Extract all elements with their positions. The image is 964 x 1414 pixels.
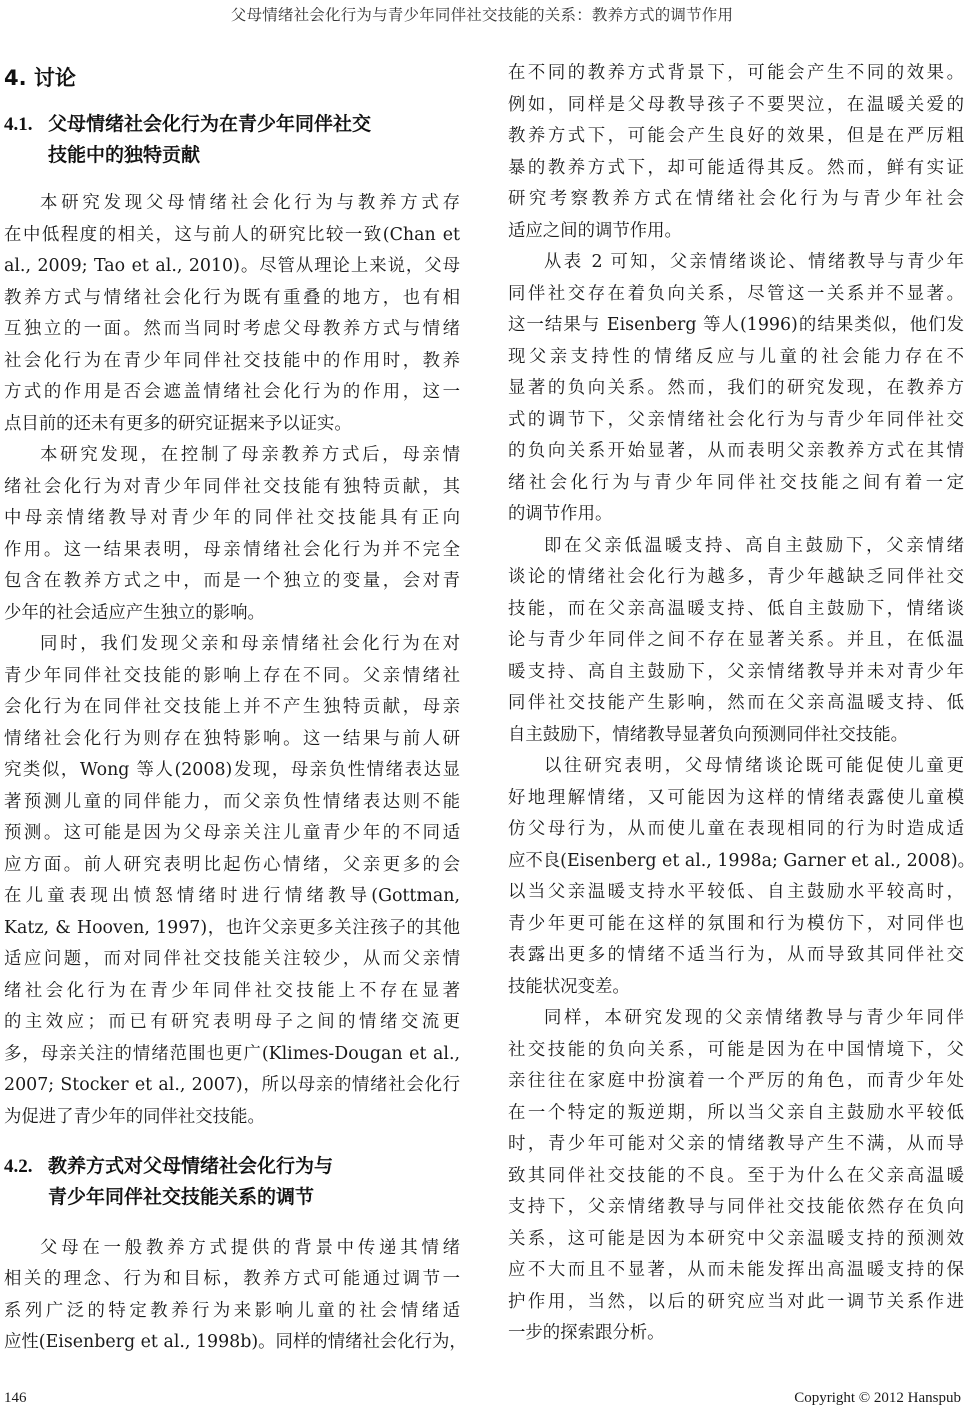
page-number: 146 <box>4 1390 27 1407</box>
text-line: 教养方式与情绪社会化行为既有重叠的地方，也有相 <box>4 287 460 309</box>
text-line: 同样，本研究发现的父亲情绪教导与青少年同伴 <box>508 1007 964 1029</box>
text-line: 适应之间的调节作用。 <box>508 220 964 242</box>
text-line: 关系，这可能是因为本研究中父亲温暖支持的预测效 <box>508 1228 964 1250</box>
text-line: 以往研究表明，父母情绪谈论既可能促使儿童更 <box>508 755 964 777</box>
text-line: 论与青少年同伴之间不存在显著关系。并且，在低温 <box>508 629 964 651</box>
text-line: 绪社会化行为与青少年同伴社交技能之间有着一定 <box>508 472 964 494</box>
text-line: 青少年同伴社交技能的影响上存在不同。父亲情绪社 <box>4 665 460 687</box>
text-line: 应方面。前人研究表明比起伤心情绪，父亲更多的会 <box>4 854 460 876</box>
text-line: 作用。这一结果表明，母亲情绪社会化行为并不完全 <box>4 539 460 561</box>
text-line: 适应问题，而对同伴社交技能关注较少，从而父亲情 <box>4 948 460 970</box>
text-line: 在不同的教养方式背景下，可能会产生不同的效果。 <box>508 62 964 84</box>
text-line: 表露出更多的情绪不适当行为，从而导致其同伴社交 <box>508 944 964 966</box>
text-line: 社会化行为在青少年同伴社交技能中的作用时，教养 <box>4 350 460 372</box>
subsection-title-line2: 技能中的独特贡献 <box>4 140 371 170</box>
subsection-number: 4.2. <box>4 1152 48 1182</box>
subsection-title-line2: 青少年同伴社交技能关系的调节 <box>4 1182 333 1212</box>
section-heading: 4. 讨论 <box>4 62 76 92</box>
text-line: 系列广泛的特定教养行为来影响儿童的社会情绪适 <box>4 1300 460 1322</box>
text-line: 少年的社会适应产生独立的影响。 <box>4 602 460 624</box>
text-line: 一步的探索跟分析。 <box>508 1322 964 1344</box>
text-line: 技能状况变差。 <box>508 976 964 998</box>
text-line: 多，母亲关注的情绪范围也更广(Klimes-Dougan et al., <box>4 1043 460 1065</box>
text-line: 包含在教养方式之中，而是一个独立的变量，会对青 <box>4 570 460 592</box>
text-line: 好地理解情绪，又可能因为这样的情绪表露使儿童模 <box>508 787 964 809</box>
text-line: 的负向关系开始显著，从而表明父亲教养方式在其情 <box>508 440 964 462</box>
text-line: 同伴社交存在着负向关系，尽管这一关系并不显著。 <box>508 283 964 305</box>
text-line: 会化行为在同伴社交技能上并不产生独特贡献，母亲 <box>4 696 460 718</box>
text-line: 自主鼓励下，情绪教导显著负向预测同伴社交技能。 <box>508 724 964 746</box>
text-line: 教养方式下，可能会产生良好的效果，但是在严厉粗 <box>508 125 964 147</box>
text-line: 的主效应；而已有研究表明母子之间的情绪交流更 <box>4 1011 460 1033</box>
text-line: 在一个特定的叛逆期，所以当父亲自主鼓励水平较低 <box>508 1102 964 1124</box>
text-line: 同伴社交技能产生影响，然而在父亲高温暖支持、低 <box>508 692 964 714</box>
text-line: 技能，而在父亲高温暖支持、低自主鼓励下，情绪谈 <box>508 598 964 620</box>
text-line: 绪社会化行为对青少年同伴社交技能有独特贡献，其 <box>4 476 460 498</box>
text-line: 从表 2 可知，父亲情绪谈论、情绪教导与青少年 <box>508 251 964 273</box>
text-line: 父母在一般教养方式提供的背景中传递其情绪 <box>4 1237 460 1259</box>
text-line: 应不良(Eisenberg et al., 1998a; Garner et a… <box>508 850 964 872</box>
text-line: 护作用，当然，以后的研究应当对此一调节关系作进 <box>508 1291 964 1313</box>
running-header: 父母情绪社会化行为与青少年同伴社交技能的关系：教养方式的调节作用 <box>0 3 964 25</box>
text-line: 现父亲支持性的情绪反应与儿童的社会能力存在不 <box>508 346 964 368</box>
text-line: 青少年更可能在这样的氛围和行为模仿下，对同伴也 <box>508 913 964 935</box>
text-line: 即在父亲低温暖支持、高自主鼓励下，父亲情绪 <box>508 535 964 557</box>
subsection-heading-4-2: 4.2.教养方式对父母情绪社会化行为与 青少年同伴社交技能关系的调节 <box>4 1151 333 1212</box>
text-line: 仿父母行为，从而使儿童在表现相同的行为时造成适 <box>508 818 964 840</box>
section-number: 4. <box>4 66 27 90</box>
text-line: 相关的理念、行为和目标，教养方式可能通过调节一 <box>4 1268 460 1290</box>
section-title: 讨论 <box>34 66 76 90</box>
text-line: 方式的作用是否会遮盖情绪社会化行为的作用，这一 <box>4 381 460 403</box>
text-line: 研究考察教养方式在情绪社会化行为与青少年社会 <box>508 188 964 210</box>
text-line: 在中低程度的相关，这与前人的研究比较一致(Chan et <box>4 224 460 246</box>
text-line: Katz, & Hooven, 1997)，也许父亲更多关注孩子的其他 <box>4 917 460 939</box>
subsection-title-line1: 父母情绪社会化行为在青少年同伴社交 <box>48 113 371 135</box>
text-line: al., 2009; Tao et al., 2010)。尽管从理论上来说，父母 <box>4 255 460 277</box>
text-line: 本研究发现，在控制了母亲教养方式后，母亲情 <box>4 444 460 466</box>
subsection-title-line1: 教养方式对父母情绪社会化行为与 <box>48 1155 333 1177</box>
copyright-notice: Copyright © 2012 Hanspub <box>794 1390 961 1407</box>
text-line: 社交技能的负向关系，可能是因为在中国情境下，父 <box>508 1039 964 1061</box>
text-line: 显著的负向关系。然而，我们的研究发现，在教养方 <box>508 377 964 399</box>
subsection-number: 4.1. <box>4 110 48 140</box>
text-line: 时，青少年可能对父亲的情绪教导产生不满，从而导 <box>508 1133 964 1155</box>
text-line: 暴的教养方式下，却可能适得其反。然而，鲜有实证 <box>508 157 964 179</box>
text-line: 互独立的一面。然而当同时考虑父母教养方式与情绪 <box>4 318 460 340</box>
text-line: 谈论的情绪社会化行为越多，青少年越缺乏同伴社交 <box>508 566 964 588</box>
text-line: 情绪社会化行为则存在独特影响。这一结果与前人研 <box>4 728 460 750</box>
text-line: 预测。这可能是因为父母亲关注儿童青少年的不同适 <box>4 822 460 844</box>
text-line: 例如，同样是父母教导孩子不要哭泣，在温暖关爱的 <box>508 94 964 116</box>
text-line: 点目前的还未有更多的研究证据来予以证实。 <box>4 413 460 435</box>
text-line: 致其同伴社交技能的不良。至于为什么在父亲高温暖 <box>508 1165 964 1187</box>
text-line: 的调节作用。 <box>508 503 964 525</box>
text-line: 暖支持、高自主鼓励下，父亲情绪教导并未对青少年 <box>508 661 964 683</box>
text-line: 亲往往在家庭中扮演着一个严厉的角色，而青少年处 <box>508 1070 964 1092</box>
text-line: 著预测儿童的同伴能力，而父亲负性情绪表达则不能 <box>4 791 460 813</box>
text-line: 究类似，Wong 等人(2008)发现，母亲负性情绪表达显 <box>4 759 460 781</box>
subsection-heading-4-1: 4.1.父母情绪社会化行为在青少年同伴社交 技能中的独特贡献 <box>4 109 371 170</box>
text-line: 支持下，父亲情绪教导与同伴社交技能依然存在负向 <box>508 1196 964 1218</box>
text-line: 应不大而且不显著，从而未能发挥出高温暖支持的保 <box>508 1259 964 1281</box>
text-line: 绪社会化行为在青少年同伴社交技能上不存在显著 <box>4 980 460 1002</box>
text-line: 应性(Eisenberg et al., 1998b)。同样的情绪社会化行为， <box>4 1331 460 1353</box>
text-line: 以当父亲温暖支持水平较低、自主鼓励水平较高时， <box>508 881 964 903</box>
text-line: 中母亲情绪教导对青少年的同伴社交技能具有正向 <box>4 507 460 529</box>
text-line: 为促进了青少年的同伴社交技能。 <box>4 1106 460 1128</box>
text-line: 2007; Stocker et al., 2007)，所以母亲的情绪社会化行 <box>4 1074 460 1096</box>
text-line: 在儿童表现出愤怒情绪时进行情绪教导(Gottman, <box>4 885 460 907</box>
text-line: 这一结果与 Eisenberg 等人(1996)的结果类似，他们发 <box>508 314 964 336</box>
text-line: 式的调节下，父亲情绪社会化行为与青少年同伴社交 <box>508 409 964 431</box>
text-line: 同时，我们发现父亲和母亲情绪社会化行为在对 <box>4 633 460 655</box>
text-line: 本研究发现父母情绪社会化行为与教养方式存 <box>4 192 460 214</box>
